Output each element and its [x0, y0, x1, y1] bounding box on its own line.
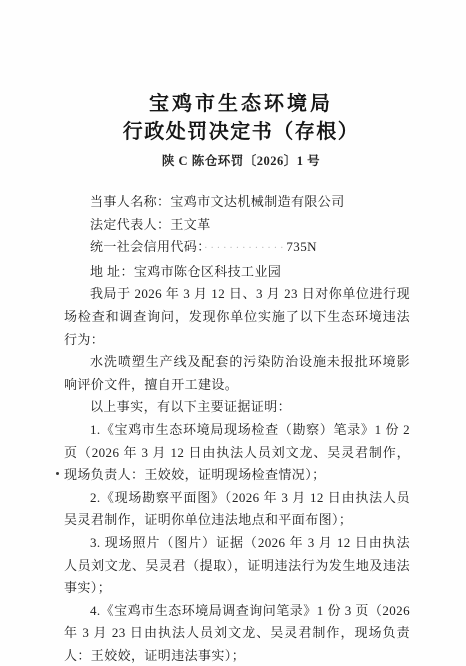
address-value: 宝鸡市陈仓区科技工业园 — [134, 264, 281, 279]
document-reference-number: 陕 C 陈仓环罚〔2026〕1 号 — [16, 153, 466, 170]
document-header: 宝鸡市生态环境局 行政处罚决定书（存根） 陕 C 陈仓环罚〔2026〕1 号 — [0, 0, 466, 170]
legal-representative-label: 法定代表人： — [90, 217, 170, 232]
scanned-document-page: 宝鸡市生态环境局 行政处罚决定书（存根） 陕 C 陈仓环罚〔2026〕1 号 当… — [0, 0, 466, 666]
inspection-summary-paragraph: 我局于 2026 年 3 月 12 日、3 月 23 日对你单位进行现场检查和调… — [64, 283, 410, 351]
credit-code-label: 统一社会信用代码： — [90, 239, 204, 254]
document-body: 当事人名称：宝鸡市文达机械制造有限公司 法定代表人：王文革 统一社会信用代码：·… — [64, 191, 410, 666]
issuing-authority-title: 宝鸡市生态环境局 — [16, 91, 466, 118]
party-name-line: 当事人名称：宝鸡市文达机械制造有限公司 — [64, 191, 410, 214]
credit-code-faded-digits: ············· — [204, 243, 286, 254]
party-name-label: 当事人名称： — [90, 194, 170, 209]
evidence-item-1: 1.《宝鸡市生态环境局现场检查（勘察）笔录》1 份 2 页（2026 年 3 月… — [64, 419, 410, 487]
document-title: 行政处罚决定书（存根） — [16, 118, 466, 146]
legal-representative-value: 王文革 — [170, 217, 210, 232]
evidence-item-4: 4.《宝鸡市生态环境局调查询问笔录》1 份 3 页（2026 年 3 月 23 … — [64, 600, 410, 666]
evidence-intro-paragraph: 以上事实，有以下主要证据证明： — [64, 396, 410, 419]
legal-representative-line: 法定代表人：王文革 — [64, 214, 410, 237]
scan-speck-artifact — [56, 472, 59, 475]
evidence-item-2: 2.《现场勘察平面图》（2026 年 3 月 12 日由执法人员吴灵君制作，证明… — [64, 487, 410, 532]
evidence-item-3: 3. 现场照片（图片）证据（2026 年 3 月 12 日由执法人员刘文龙、吴灵… — [64, 532, 410, 600]
address-label: 地 址： — [90, 264, 134, 279]
credit-code-visible-tail: 735N — [286, 239, 317, 254]
violation-description-paragraph: 水洗喷塑生产线及配套的污染防治设施未报批环境影响评价文件，擅自开工建设。 — [64, 351, 410, 396]
party-name-value: 宝鸡市文达机械制造有限公司 — [170, 194, 344, 209]
credit-code-line: 统一社会信用代码：·············735N — [64, 236, 410, 261]
address-line: 地 址：宝鸡市陈仓区科技工业园 — [64, 261, 410, 284]
